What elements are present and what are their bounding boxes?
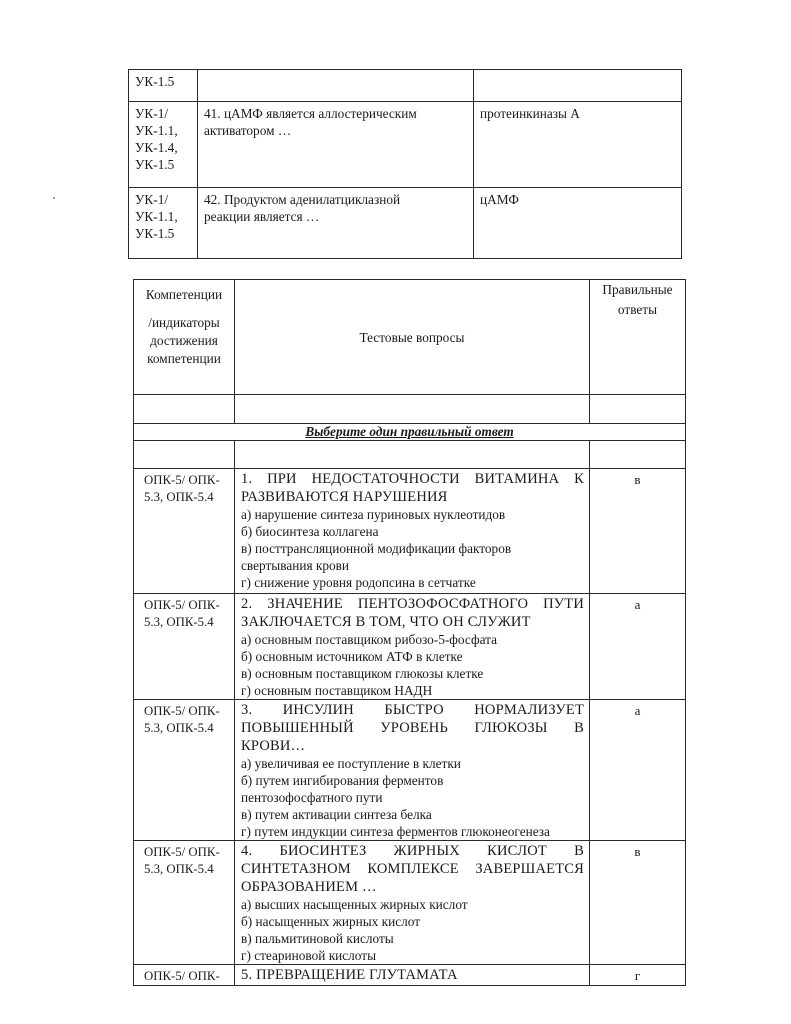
question-text: 42. Продуктом аденилатциклазной — [204, 191, 467, 208]
question-text: 41. цАМФ является аллостерическим — [204, 105, 467, 122]
table-row: УК-1.5 — [129, 70, 682, 102]
answer-option: а) основным поставщиком рибозо-5-фосфата — [241, 631, 584, 648]
answer-option: а) высших насыщенных жирных кислот — [241, 896, 584, 913]
answer-option: пентозофосфатного пути — [241, 789, 584, 806]
header-questions: Тестовые вопросы — [235, 280, 590, 395]
previous-questions-table: УК-1.5 УК-1/ УК-1.1, УК-1.4, УК-1.5 41. … — [128, 69, 682, 259]
header-competencies: Компетенции /индикаторы достижения компе… — [134, 280, 235, 395]
competency-cell: УК-1/ УК-1.1, УК-1.5 — [129, 188, 198, 259]
scan-speck — [53, 197, 55, 199]
answer-cell — [474, 70, 682, 102]
question-row: ОПК-5/ ОПК- 5.3, ОПК-5.4 3. ИНСУЛИН БЫСТ… — [134, 700, 686, 841]
question-title: ПОВЫШЕННЫЙ УРОВЕНЬ ГЛЮКОЗЫ В КРОВИ… — [241, 719, 584, 755]
answer-option: б) путем ингибирования ферментов — [241, 772, 584, 789]
competency-cell: УК-1.5 — [129, 70, 198, 102]
question-title: ЗАКЛЮЧАЕТСЯ В ТОМ, ЧТО ОН СЛУЖИТ — [241, 613, 584, 631]
question-row: ОПК-5/ ОПК- 5.3, ОПК-5.4 4. БИОСИНТЕЗ ЖИ… — [134, 841, 686, 965]
correct-answer: в — [590, 469, 686, 594]
section-title: Выберите один правильный ответ — [134, 424, 686, 441]
answer-option: г) снижение уровня родопсина в сетчатке — [241, 574, 584, 591]
competency-cell: УК-1/ УК-1.1, УК-1.4, УК-1.5 — [129, 102, 198, 188]
competency-cell: ОПК-5/ ОПК- 5.3, ОПК-5.4 — [134, 841, 235, 965]
question-text: активатором … — [204, 122, 467, 139]
empty-row — [134, 441, 686, 469]
answer-option: б) биосинтеза коллагена — [241, 523, 584, 540]
correct-answer: г — [590, 965, 686, 986]
header-answers: Правильные ответы — [590, 280, 686, 395]
question-row: ОПК-5/ ОПК- 5.3, ОПК-5.4 1. ПРИ НЕДОСТАТ… — [134, 469, 686, 594]
question-title: ОБРАЗОВАНИЕМ … — [241, 878, 584, 896]
answer-option: в) путем активации синтеза белка — [241, 806, 584, 823]
question-cell: 5. ПРЕВРАЩЕНИЕ ГЛУТАМАТА — [235, 965, 590, 986]
question-text: реакции является … — [204, 208, 467, 225]
answer-option: свертывания крови — [241, 557, 584, 574]
question-title: СИНТЕТАЗНОМ КОМПЛЕКСЕ ЗАВЕРШАЕТСЯ — [241, 860, 584, 878]
question-row: ОПК-5/ ОПК- 5. ПРЕВРАЩЕНИЕ ГЛУТАМАТА г — [134, 965, 686, 986]
question-cell: 3. ИНСУЛИН БЫСТРО НОРМАЛИЗУЕТ ПОВЫШЕННЫЙ… — [235, 700, 590, 841]
answer-option: в) основным поставщиком глюкозы клетке — [241, 665, 584, 682]
answer-cell: протеинкиназы А — [474, 102, 682, 188]
question-row: ОПК-5/ ОПК- 5.3, ОПК-5.4 2. ЗНАЧЕНИЕ ПЕН… — [134, 594, 686, 700]
question-title: 1. ПРИ НЕДОСТАТОЧНОСТИ ВИТАМИНА К — [241, 470, 584, 488]
question-title: РАЗВИВАЮТСЯ НАРУШЕНИЯ — [241, 488, 584, 506]
question-cell: 1. ПРИ НЕДОСТАТОЧНОСТИ ВИТАМИНА К РАЗВИВ… — [235, 469, 590, 594]
section-title-row: Выберите один правильный ответ — [134, 424, 686, 441]
question-title: 3. ИНСУЛИН БЫСТРО НОРМАЛИЗУЕТ — [241, 701, 584, 719]
competency-cell: ОПК-5/ ОПК- 5.3, ОПК-5.4 — [134, 469, 235, 594]
answer-option: г) путем индукции синтеза ферментов глюк… — [241, 823, 584, 840]
question-title: 4. БИОСИНТЕЗ ЖИРНЫХ КИСЛОТ В — [241, 842, 584, 860]
answer-option: а) увеличивая ее поступление в клетки — [241, 755, 584, 772]
answer-option: б) насыщенных жирных кислот — [241, 913, 584, 930]
table-header-row: Компетенции /индикаторы достижения компе… — [134, 280, 686, 395]
correct-answer: а — [590, 700, 686, 841]
answer-option: а) нарушение синтеза пуриновых нуклеотид… — [241, 506, 584, 523]
question-cell: 4. БИОСИНТЕЗ ЖИРНЫХ КИСЛОТ В СИНТЕТАЗНОМ… — [235, 841, 590, 965]
table-row: УК-1/ УК-1.1, УК-1.4, УК-1.5 41. цАМФ яв… — [129, 102, 682, 188]
answer-option: б) основным источником АТФ в клетке — [241, 648, 584, 665]
answer-option: в) посттрансляционной модификации фактор… — [241, 540, 584, 557]
empty-row — [134, 395, 686, 424]
test-questions-table: Компетенции /индикаторы достижения компе… — [133, 279, 686, 986]
competency-cell: ОПК-5/ ОПК- 5.3, ОПК-5.4 — [134, 700, 235, 841]
question-cell — [198, 70, 474, 102]
correct-answer: в — [590, 841, 686, 965]
table-row: УК-1/ УК-1.1, УК-1.5 42. Продуктом адени… — [129, 188, 682, 259]
answer-option: в) пальмитиновой кислоты — [241, 930, 584, 947]
answer-cell: цАМФ — [474, 188, 682, 259]
question-cell: 41. цАМФ является аллостерическим актива… — [198, 102, 474, 188]
correct-answer: а — [590, 594, 686, 700]
answer-option: г) стеариновой кислоты — [241, 947, 584, 964]
answer-option: г) основным поставщиком НАДН — [241, 682, 584, 699]
competency-cell: ОПК-5/ ОПК- — [134, 965, 235, 986]
question-cell: 42. Продуктом аденилатциклазной реакции … — [198, 188, 474, 259]
question-title: 2. ЗНАЧЕНИЕ ПЕНТОЗОФОСФАТНОГО ПУТИ — [241, 595, 584, 613]
question-title: 5. ПРЕВРАЩЕНИЕ ГЛУТАМАТА — [241, 966, 584, 984]
competency-cell: ОПК-5/ ОПК- 5.3, ОПК-5.4 — [134, 594, 235, 700]
question-cell: 2. ЗНАЧЕНИЕ ПЕНТОЗОФОСФАТНОГО ПУТИ ЗАКЛЮ… — [235, 594, 590, 700]
